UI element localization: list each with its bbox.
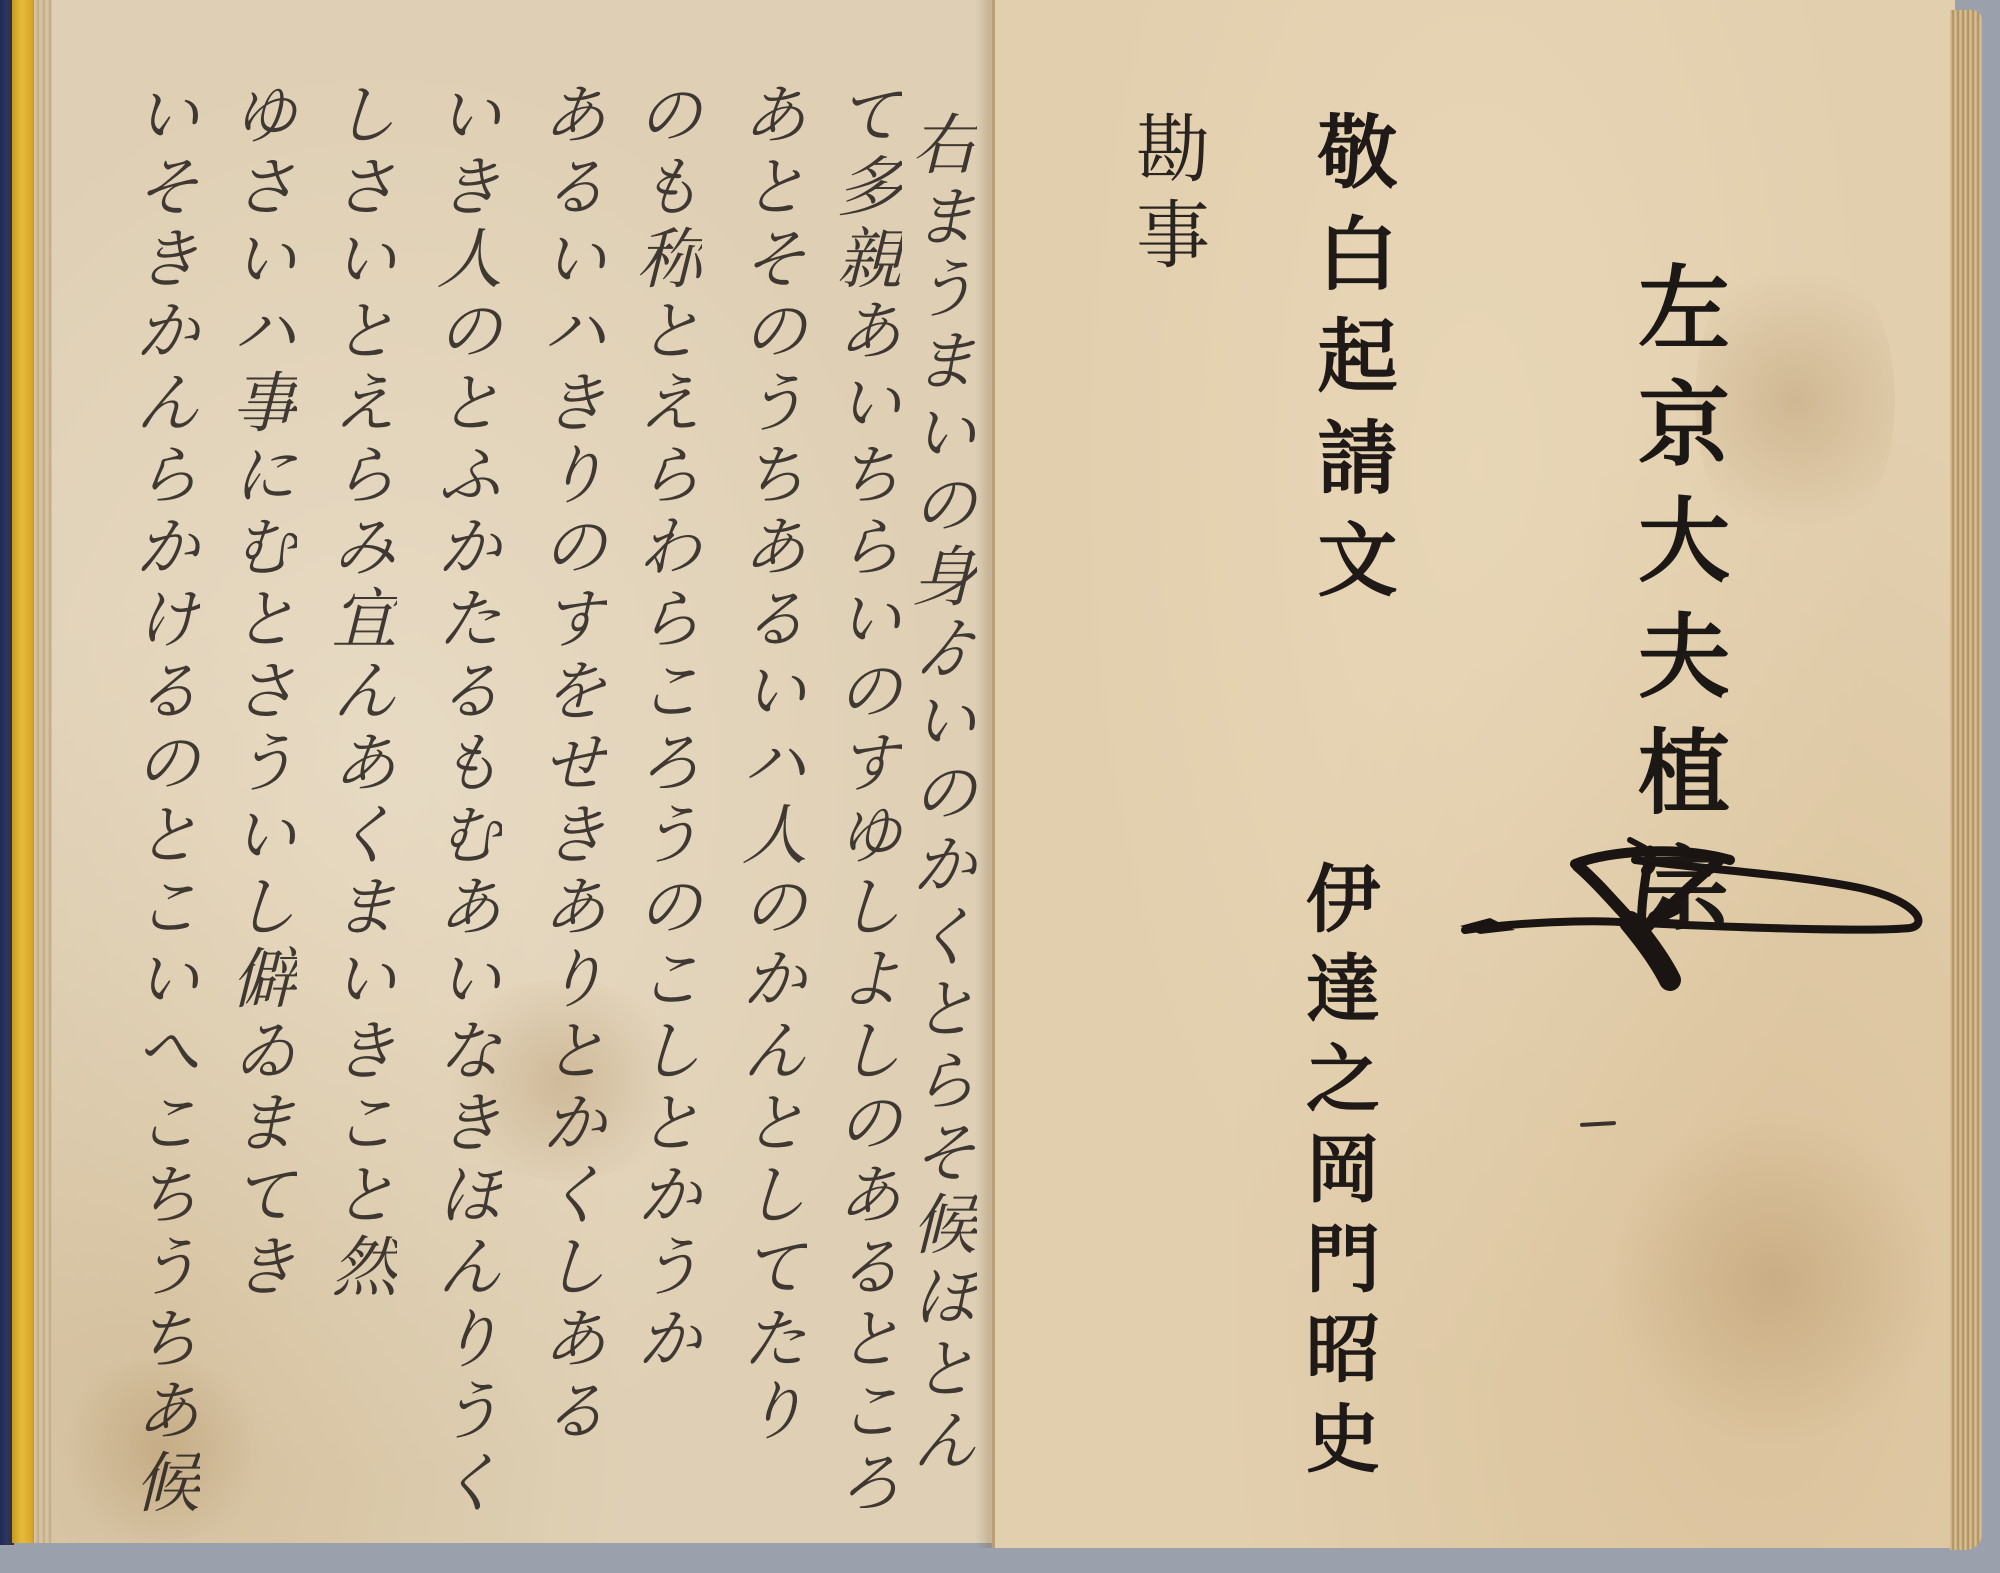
text-column-9: いそきかんらかけるのとこいへこちうちあ候 (128, 80, 194, 1520)
paper-stain (1615, 1100, 1935, 1460)
gilt-page-edge (12, 0, 36, 1543)
page-stack-right (1950, 10, 1982, 1550)
address-column: 伊達之岡門昭史 (1300, 860, 1374, 1490)
page-stack-left (34, 0, 54, 1543)
text-column-1: 右まうまいの身ゟいのかくとらそ候ほとん (905, 110, 971, 1478)
text-column-7: しさいとえらみ宜んあくまいきこと然 (325, 80, 391, 1304)
subject-column: 勘事 (1130, 110, 1204, 282)
text-column-8: ゆさいハ事にむとさういし僻ゐまてき (225, 80, 291, 1304)
title-column: 敬白起請文 (1310, 110, 1390, 620)
manuscript-photo: 右まうまいの身ゟいのかくとらそ候ほとん て多親あいちらいのすゆしよしのあるところ… (0, 0, 2000, 1573)
text-column-3: あとそのうちあるいハ人のかんとしてたり (735, 80, 801, 1448)
text-column-5: あるいハきりのすをせきありとかくしある (535, 80, 601, 1448)
text-column-2: て多親あいちらいのすゆしよしのあるところ (830, 80, 896, 1520)
text-column-6: いき人のとふかたるもむあいなきほんりうく (430, 80, 496, 1520)
text-column-4: のも称とえらわらころうのこしとかうか (630, 80, 696, 1376)
kao-monogram-icon (1460, 830, 1930, 1010)
